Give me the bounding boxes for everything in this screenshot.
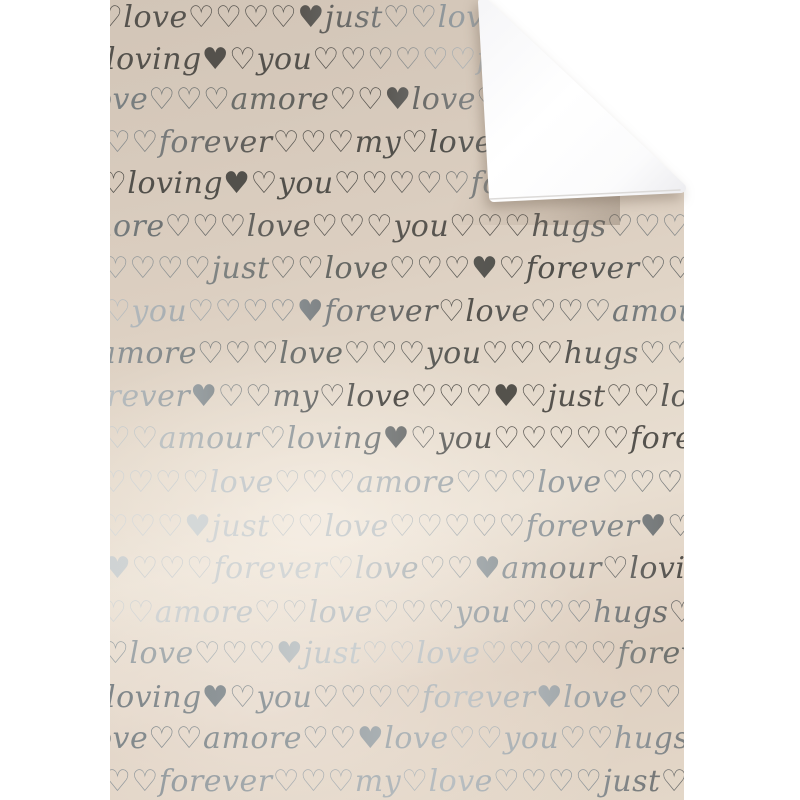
folded-corner <box>430 0 700 230</box>
pattern-line: ♡♡forever♡♡♡my♡love♡♡♡♡just♡♥lo <box>110 764 684 800</box>
pattern-line: ove♡♡amore♡♡♥love♡♡you♡♡hugs♡♡♡ <box>110 721 684 757</box>
pattern-line: ♡♡♡♥just♡♡love♡♡♡♡♡forever♥♡♡my♡ <box>110 509 684 545</box>
fold-backside <box>483 2 681 197</box>
pattern-line: ♥♡♡♡forever♡love♡♡♥amour♡loving♥♡ <box>110 551 684 587</box>
pattern-line: loving♥♡you♡♡♡♡forever♥love♡♡♡am <box>110 680 684 716</box>
pattern-line: ♡love♡♡♡♥just♡♡love♡♡♡♡♡forever♡♡ <box>110 636 684 672</box>
pattern-line: ♡you♡♡♡♡♥forever♡love♡♡♡amour♡lo <box>110 294 684 330</box>
pattern-line: ♡♡amore♡♡love♡♡♡you♡♡♡hugs♡♥♡♡♡ <box>110 595 684 631</box>
product-photo: ♡love♡♡♡♡♥just♡♡love♡♡ loving♥♡you♡♡♡♡♡♡… <box>0 0 800 800</box>
pattern-line: amore♡♡♡love♡♡♡you♡♡♡hugs♡♡♥♡♡l <box>110 336 684 372</box>
pattern-line: orever♥♡♡my♡love♡♡♡♥♡just♡♡love♡♡ <box>110 379 684 415</box>
pattern-line: ♡♡♡♡love♡♡♡amore♡♡♡love♡♡♡♡you♡♡♡ <box>110 465 684 501</box>
pattern-line: ♡♡♡♡just♡♡love♡♡♡♥♡forever♡♡♡my♡ <box>110 251 684 287</box>
pattern-line: ♡♡amour♡loving♥♡you♡♡♡♡♡forever♥ <box>110 421 684 457</box>
